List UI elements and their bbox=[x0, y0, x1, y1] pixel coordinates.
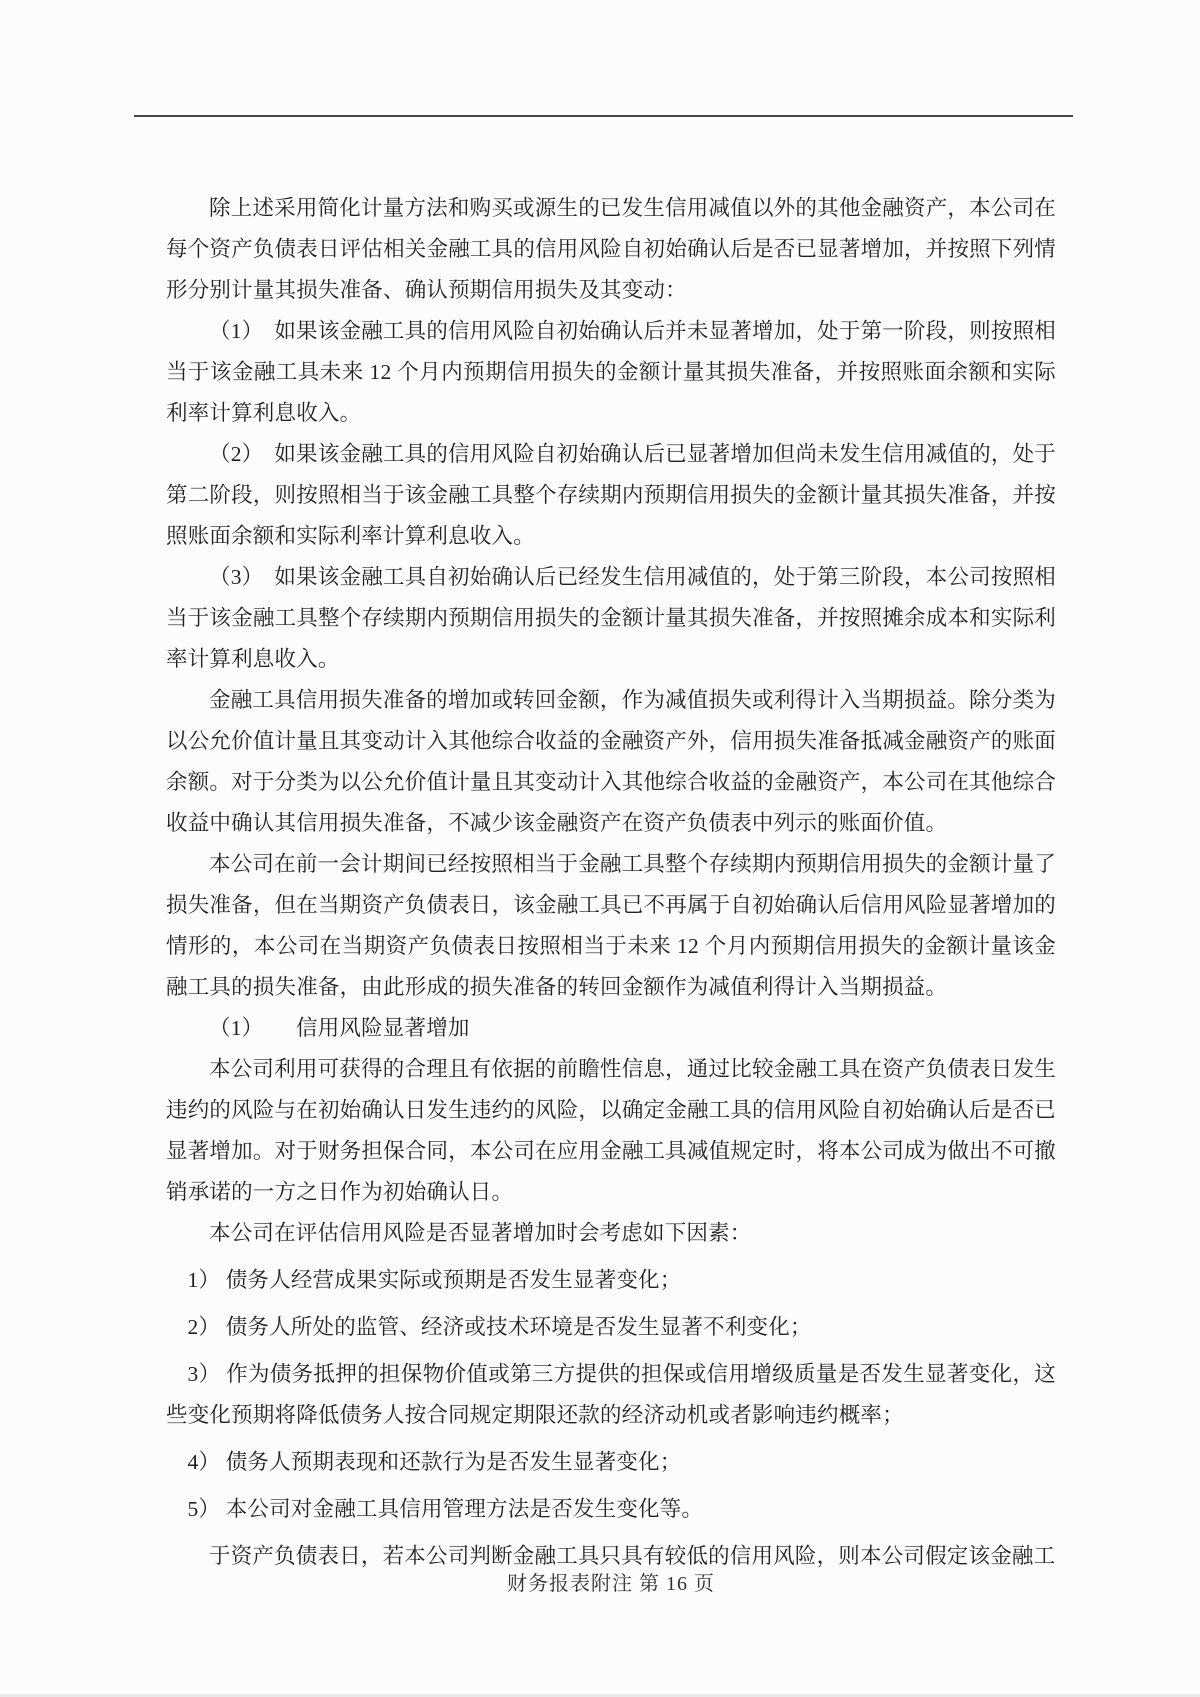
document-page: 除上述采用简化计量方法和购买或源生的已发生信用减值以外的其他金融资产，本公司在每… bbox=[0, 0, 1200, 1697]
document-body: 除上述采用简化计量方法和购买或源生的已发生信用减值以外的其他金融资产，本公司在每… bbox=[166, 188, 1056, 1577]
paragraph: （2） 如果该金融工具的信用风险自初始确认后已显著增加但尚未发生信用减值的，处于… bbox=[166, 434, 1056, 557]
list-item: 5） 本公司对金融工具信用管理方法是否发生变化等。 bbox=[166, 1489, 1056, 1530]
paragraph: 本公司利用可获得的合理且有依据的前瞻性信息，通过比较金融工具在资产负债表日发生违… bbox=[166, 1049, 1056, 1213]
paragraph: （1） 如果该金融工具的信用风险自初始确认后并未显著增加，处于第一阶段，则按照相… bbox=[166, 311, 1056, 434]
list-item: 2） 债务人所处的监管、经济或技术环境是否发生显著不利变化； bbox=[166, 1307, 1056, 1348]
list-item: 4） 债务人预期表现和还款行为是否发生显著变化； bbox=[166, 1442, 1056, 1483]
page-footer: 财务报表附注 第 16 页 bbox=[166, 1568, 1056, 1600]
list-item: 1） 债务人经营成果实际或预期是否发生显著变化； bbox=[166, 1260, 1056, 1301]
paragraph: 除上述采用简化计量方法和购买或源生的已发生信用减值以外的其他金融资产，本公司在每… bbox=[166, 188, 1056, 311]
paragraph: （3） 如果该金融工具自初始确认后已经发生信用减值的，处于第三阶段，本公司按照相… bbox=[166, 557, 1056, 680]
paragraph: 本公司在前一会计期间已经按照相当于金融工具整个存续期内预期信用损失的金额计量了损… bbox=[166, 844, 1056, 1008]
paragraph: 本公司在评估信用风险是否显著增加时会考虑如下因素： bbox=[166, 1213, 1056, 1254]
list-item: 3） 作为债务抵押的担保物价值或第三方提供的担保或信用增级质量是否发生显著变化，… bbox=[166, 1354, 1056, 1436]
paragraph: 金融工具信用损失准备的增加或转回金额，作为减值损失或利得计入当期损益。除分类为以… bbox=[166, 680, 1056, 844]
section-heading: （1） 信用风险显著增加 bbox=[166, 1008, 1056, 1049]
header-rule bbox=[134, 115, 1073, 117]
